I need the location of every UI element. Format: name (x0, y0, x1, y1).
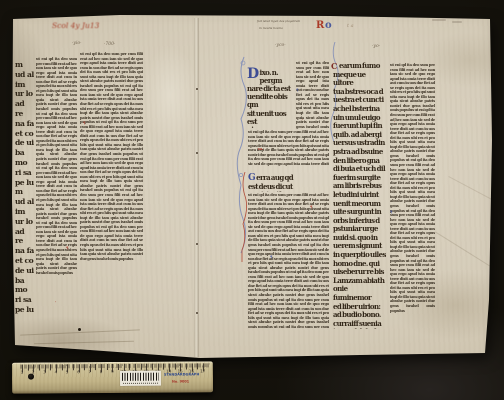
rubric-mark: ¶ (83, 121, 86, 125)
barcode-bars (122, 372, 159, 381)
red-inscription: Scol 4y Ju13 (52, 21, 99, 30)
right-col1-gloss-top: ut eni qd ita deo sum per cum filii erat… (296, 61, 329, 129)
rubric-mark: · (394, 120, 395, 124)
running-header-letter-r: R (316, 20, 324, 31)
ruler-brand: STANDARDGRAPH (164, 372, 199, 376)
ruler-halfcm-tick (39, 364, 40, 370)
barcode (120, 371, 161, 386)
ruler-halfcm-tick (118, 363, 119, 369)
manuscript-bifolium: Scol 4y Ju13 fuit istud ligen des plagat… (0, 0, 504, 400)
photo-scene: Scol 4y Ju13 fuit istud ligen des plagat… (0, 0, 504, 400)
ruler: 1234567891011121314151617 STANDARDGRAPH … (12, 361, 213, 393)
ruler-halfcm-tick (95, 364, 96, 370)
ruler-halfcm-tick (197, 363, 198, 369)
lemma-column: earum fumo meque ue ultore tua bstres oc… (333, 62, 386, 329)
rubric-mark: ¶ (66, 246, 69, 250)
ruler-number: 7 (88, 369, 91, 374)
faint-smudge (452, 21, 462, 23)
inset-large-text: Gerra aug qd est deus dicut uenisteci he… (248, 166, 294, 192)
rubric-mark: ¶ (310, 205, 313, 209)
faint-smudge (432, 19, 446, 21)
cursive-note-line2: in mostis licenia (259, 26, 283, 30)
ruler-halfcm-tick (107, 364, 108, 370)
rubric-mark: ¶ (270, 255, 273, 259)
ruler-halfcm-tick (61, 364, 62, 370)
parchment-sheet: Scol 4y Ju13 fuit istud ligen des plagat… (0, 0, 504, 400)
folio-mark: ·yio· (72, 41, 82, 46)
parchment-wrinkle (435, 232, 495, 270)
ruler-halfcm-tick (152, 363, 153, 369)
rubric-mark: ¶ (390, 210, 393, 214)
folio-mark: ·700· (104, 42, 115, 47)
ruler-number: 8 (100, 369, 103, 374)
ruler-model: No. 9001 (172, 379, 189, 383)
cursive-note-line1: fuit istud ligen des plagattum (257, 20, 303, 23)
ruler-number: 3 (43, 369, 46, 374)
faint-header-fragment: t a (347, 23, 354, 29)
parchment-wrinkle (448, 176, 501, 205)
ruler-halfcm-tick (84, 364, 85, 370)
right-col2-gloss: ut eni qd ita deo sum per cum filii erat… (390, 63, 435, 331)
barcode-digits (123, 383, 158, 384)
ruler-number: 9 (111, 368, 114, 373)
rubric-mark: m. (258, 147, 264, 151)
left-leaf-gloss-column-b: ut eni qd ita deo sum per cum filii erat… (80, 52, 143, 336)
left-leaf-gloss-column-a: ut eni qd ita deo sum per cum filii erat… (36, 57, 77, 325)
ruler-number: 6 (77, 369, 80, 374)
folio-mark: ·yo· (372, 44, 380, 49)
folio-mark: ·yco· (275, 43, 286, 48)
penwork-flourish-red (240, 172, 248, 262)
illuminated-initial-d: D (247, 69, 259, 79)
ruler-hole (28, 374, 34, 380)
parchment-wrinkle (34, 341, 134, 345)
opening-large-text: Dixo. n. pergm nare dicta est uendite ob… (247, 61, 294, 128)
rubric-mark: · (55, 300, 56, 304)
fold-crease (194, 18, 199, 357)
rubric-mark: · (107, 170, 108, 174)
ruler-halfcm-tick (163, 363, 164, 369)
ruler-number: 5 (66, 369, 69, 374)
right-col1-gloss-bottom: ut eni qd ita deo sum per cum filii erat… (248, 193, 329, 328)
ruler-halfcm-tick (141, 363, 142, 369)
rubric-mark: · (130, 96, 131, 100)
ruler-halfcm-tick (50, 364, 51, 370)
rubric-mark: ¶ (296, 88, 299, 92)
running-header-letter-o: o (325, 20, 332, 31)
ruler-halfcm-tick (129, 363, 130, 369)
left-edge-text-strip: m ud al im ur lo ad re na fa et co de ui… (15, 60, 34, 318)
ruler-number: 4 (55, 369, 58, 374)
ruler-halfcm-tick (73, 364, 74, 370)
ruler-halfcm-tick (28, 364, 29, 370)
rubric-mark: · (302, 118, 303, 122)
ruler-number: 17 (200, 368, 205, 373)
ruler-halfcm-tick (174, 363, 175, 369)
ruler-halfcm-tick (186, 363, 187, 369)
ruler-number: 1 (21, 369, 24, 374)
